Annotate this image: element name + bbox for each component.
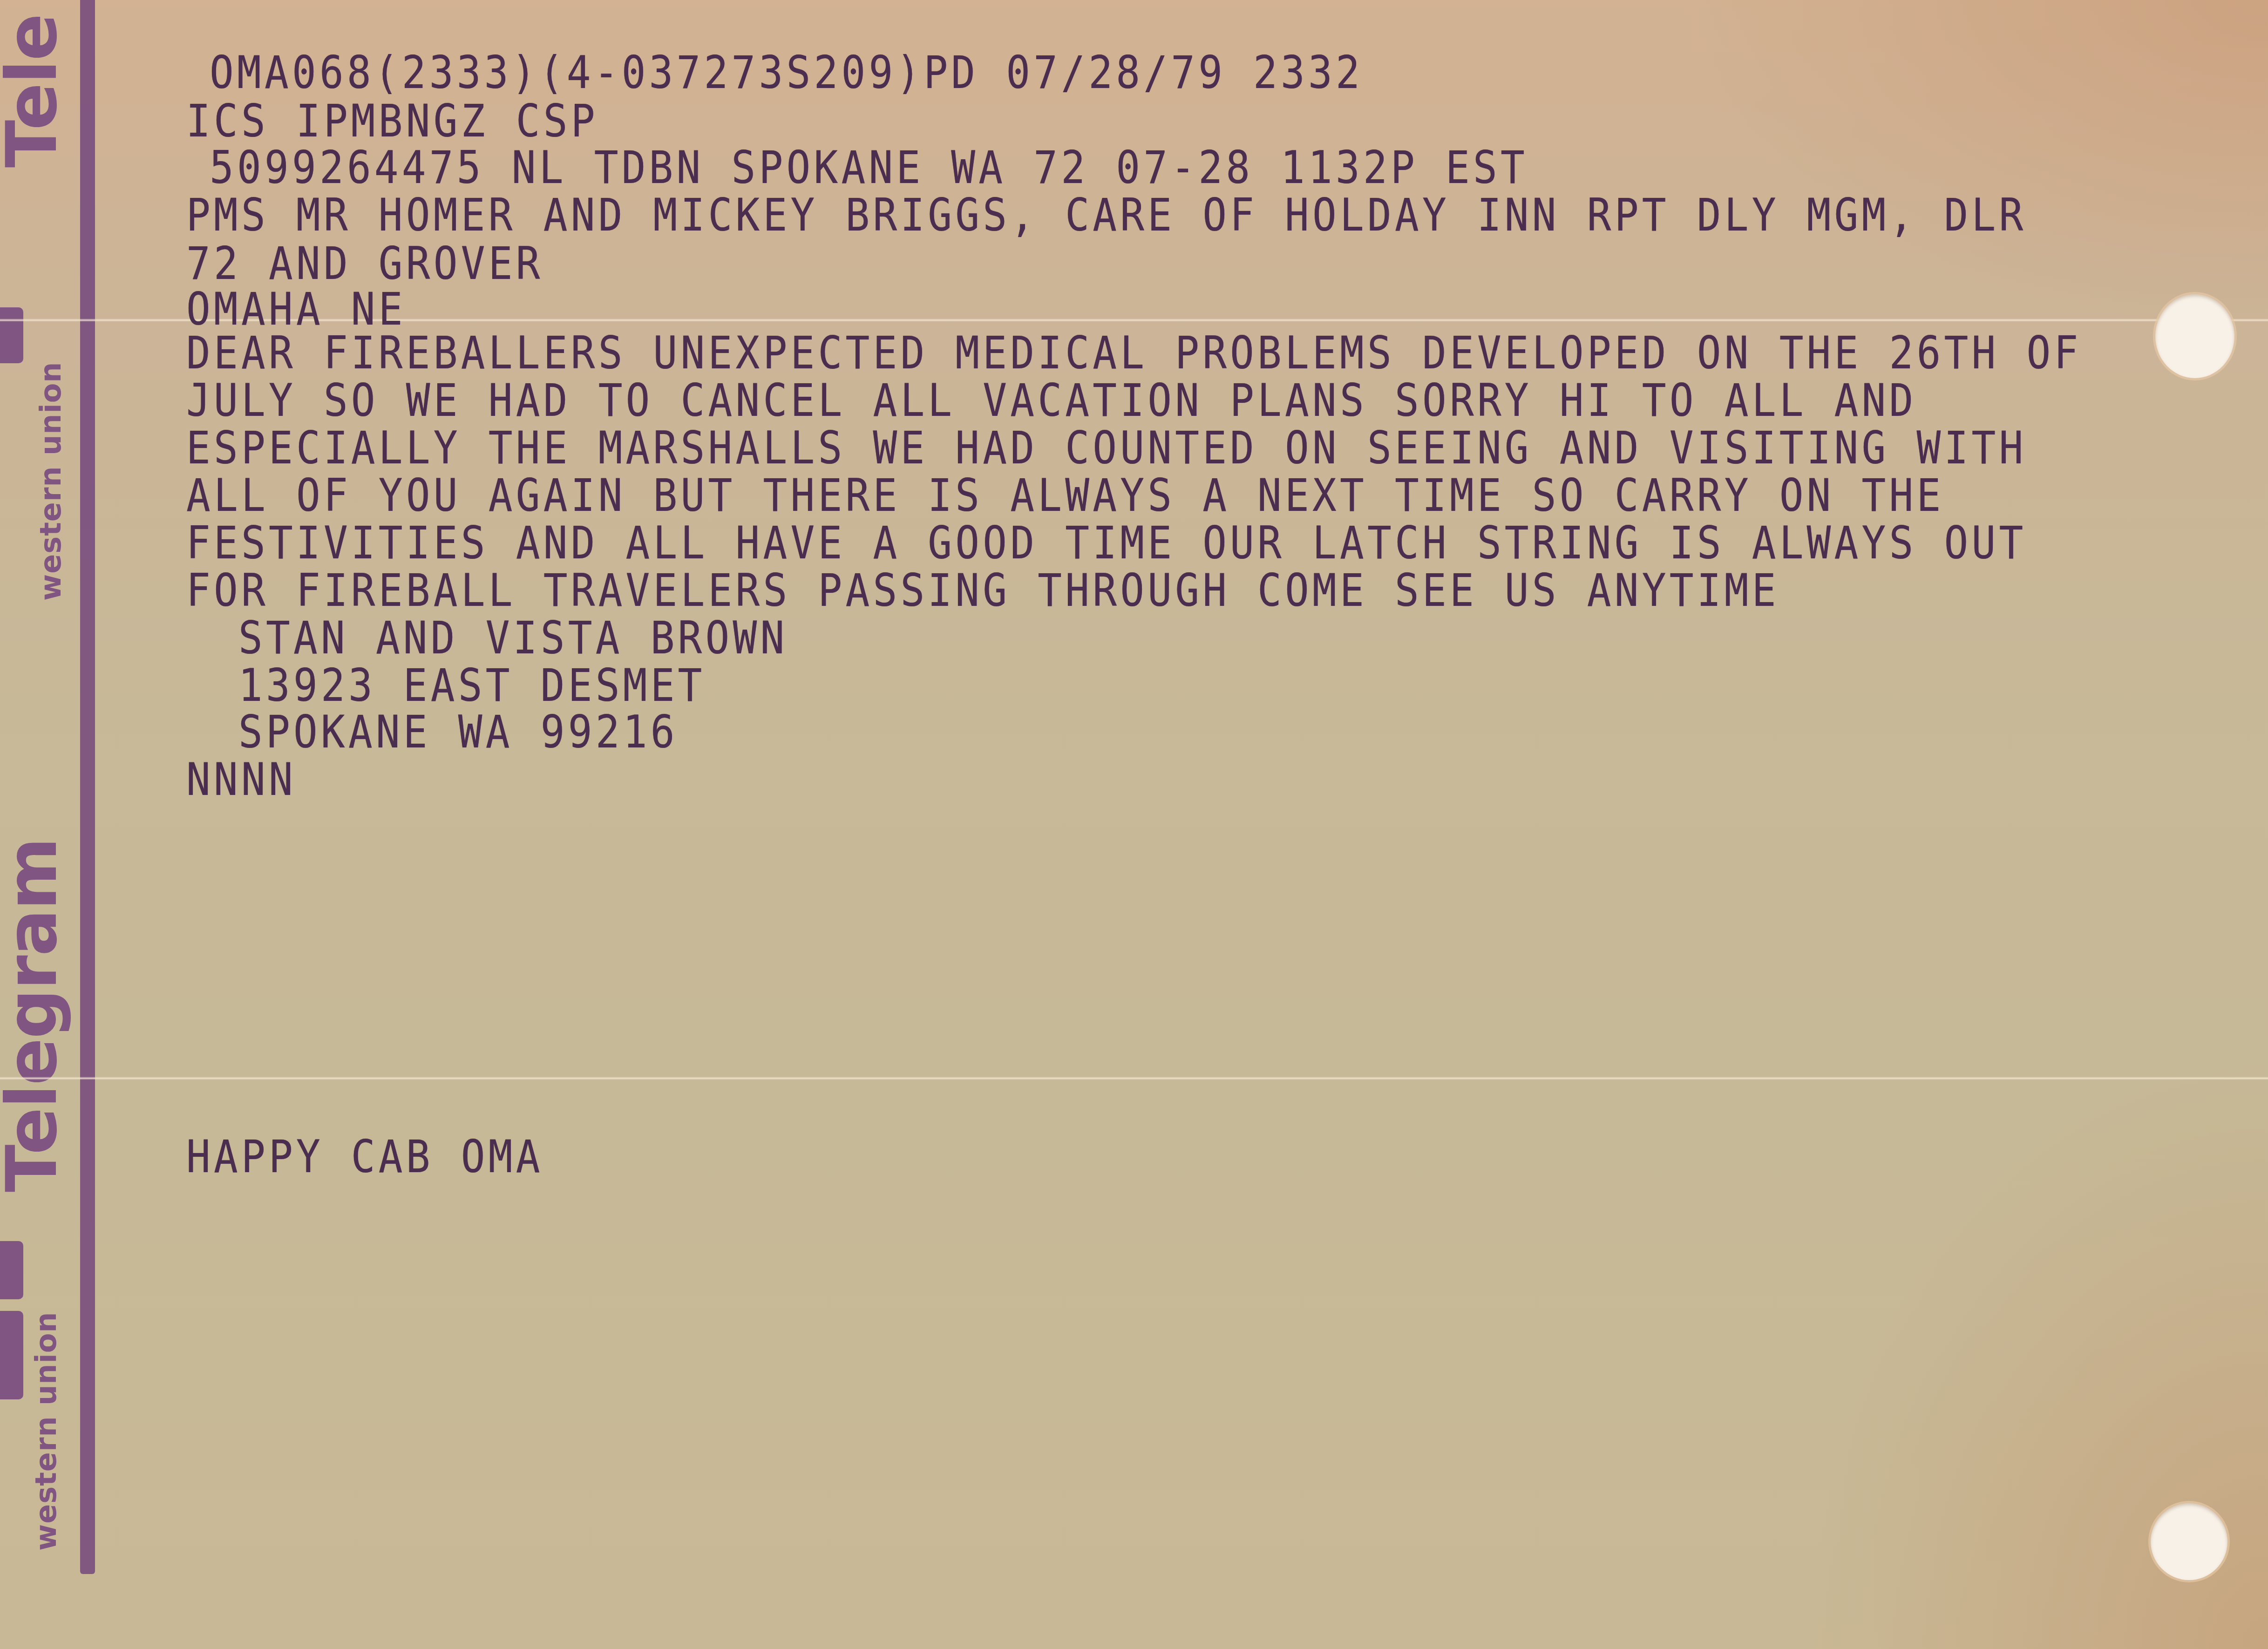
message-id-line: OMA068(2333)(4-037273S209)PD 07/28/79 23… [210, 50, 1363, 95]
body-line: JULY SO WE HAD TO CANCEL ALL VACATION PL… [186, 378, 1917, 423]
telegram-logo-word: Telegram [0, 838, 73, 1192]
body-line: DEAR FIREBALLERS UNEXPECTED MEDICAL PROB… [186, 331, 2081, 375]
binder-hole [2155, 294, 2234, 378]
delivery-note: HAPPY CAB OMA [186, 1134, 543, 1179]
sender-city: SPOKANE WA 99216 [238, 710, 678, 754]
vertical-margin-rule [80, 0, 95, 1574]
binder-hole [2151, 1503, 2227, 1580]
origin-line: 5099264475 NL TDBN SPOKANE WA 72 07-28 1… [210, 145, 1528, 190]
telegram-logo-word-top: Tele [0, 14, 73, 168]
end-marker: NNNN [186, 757, 296, 802]
routing-line: ICS IPMBNGZ CSP [186, 99, 598, 143]
sender-street: 13923 EAST DESMET [238, 663, 706, 708]
logo-block-shape [0, 307, 23, 363]
addressee-line-1: PMS MR HOMER AND MICKEY BRIGGS, CARE OF … [186, 193, 2026, 238]
western-union-branding-strip: Tele western union Telegram western unio… [0, 0, 112, 1649]
western-union-wordmark: western union [34, 362, 68, 601]
logo-block-shape [0, 1241, 23, 1299]
telegram-sheet: Tele western union Telegram western unio… [0, 0, 2268, 1649]
addressee-line-2: 72 AND GROVER [186, 241, 543, 286]
body-line: ALL OF YOU AGAIN BUT THERE IS ALWAYS A N… [186, 473, 1944, 518]
addressee-city: OMAHA NE [186, 287, 406, 332]
logo-block-shape [0, 1311, 23, 1399]
sender-name: STAN AND VISTA BROWN [238, 616, 788, 660]
body-line: FOR FIREBALL TRAVELERS PASSING THROUGH C… [186, 568, 1779, 613]
paper-fold-crease [0, 1077, 2268, 1080]
western-union-wordmark-bottom: western union [29, 1312, 63, 1551]
body-line: FESTIVITIES AND ALL HAVE A GOOD TIME OUR… [186, 521, 2026, 565]
body-line: ESPECIALLY THE MARSHALLS WE HAD COUNTED … [186, 426, 2026, 470]
